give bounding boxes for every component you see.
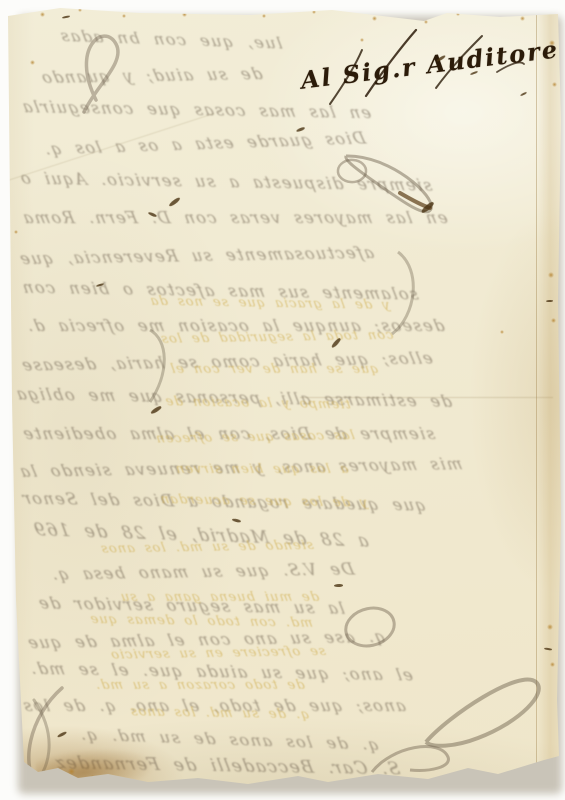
- foxing-spot: [456, 12, 460, 16]
- foxing-spot: [372, 16, 377, 21]
- foxing-spot: [78, 8, 82, 12]
- foxing-spot: [551, 318, 556, 323]
- foxing-spot: [549, 40, 555, 46]
- foxing-spot: [122, 14, 126, 18]
- foxing-spot: [552, 82, 557, 87]
- foxing-spot: [30, 60, 35, 65]
- foxing-spot: [548, 272, 554, 278]
- foxing-spot: [262, 14, 266, 18]
- foxing-layer: [0, 0, 565, 800]
- foxing-spot: [14, 230, 18, 234]
- paper-sheet: lue, que con bn adasde su aiud; y quando…: [0, 0, 565, 800]
- foxing-spot: [182, 12, 187, 17]
- foxing-spot: [360, 38, 364, 42]
- foxing-spot: [312, 10, 316, 14]
- scanned-document: lue, que con bn adasde su aiud; y quando…: [0, 0, 565, 800]
- foxing-spot: [547, 624, 553, 630]
- foxing-spot: [500, 330, 504, 334]
- foxing-spot: [550, 662, 555, 667]
- foxing-spot: [520, 16, 525, 21]
- foxing-spot: [40, 12, 45, 17]
